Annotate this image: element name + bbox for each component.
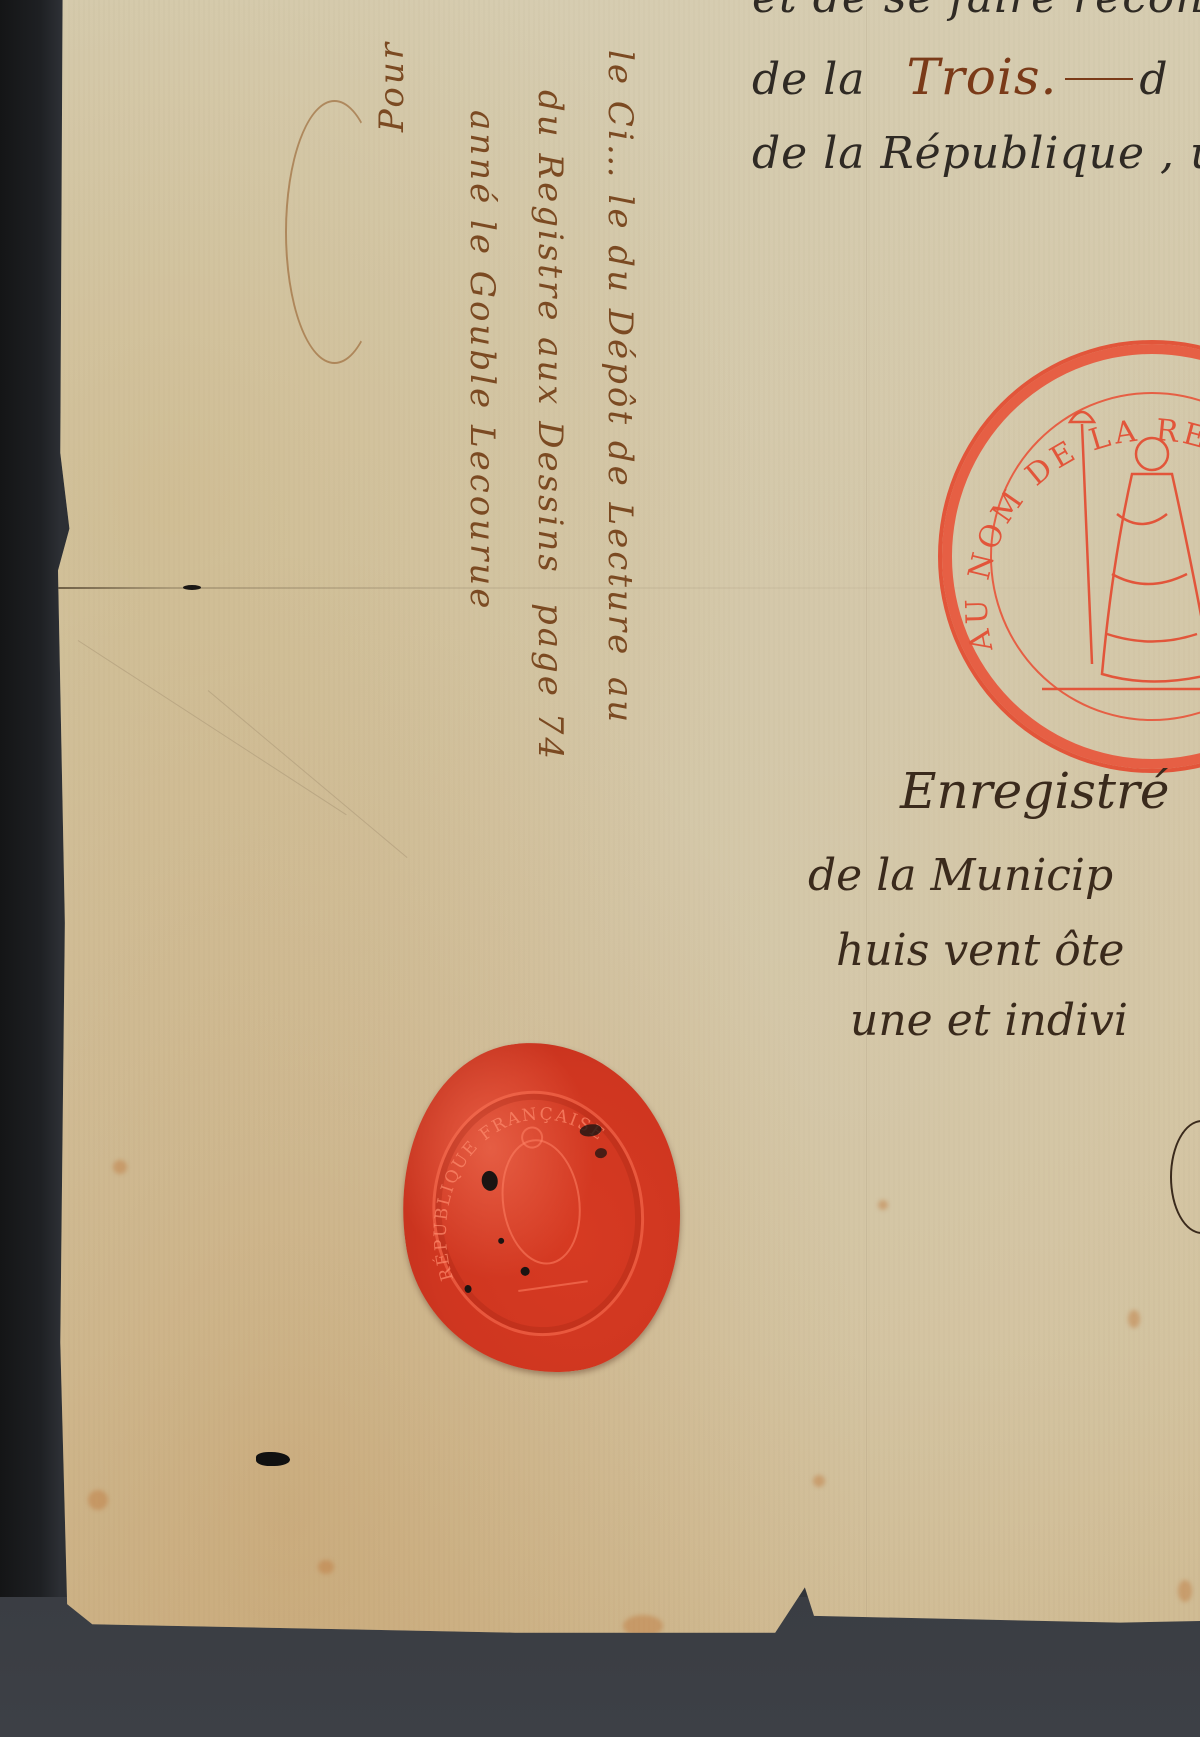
margin-note-text: du Registre aux Dessins bbox=[530, 90, 570, 575]
foxing-stain bbox=[318, 1560, 334, 1574]
stamp-legend-text: AU NOM DE LA REPUBLIQUE bbox=[960, 413, 1200, 656]
vertical-fold bbox=[866, 0, 867, 1678]
printed-text-line-1: et de se faire recon bbox=[752, 0, 1200, 23]
wax-seal-legend: RÉPUBLIQUE FRANÇAISE bbox=[380, 1024, 702, 1391]
foxing-stain bbox=[1128, 1310, 1140, 1328]
printed-suffix: d bbox=[1139, 54, 1168, 105]
red-wax-seal: RÉPUBLIQUE FRANÇAISE bbox=[380, 1024, 702, 1391]
registration-line-1: Enregistré bbox=[900, 762, 1169, 820]
foxing-stain bbox=[878, 1200, 888, 1210]
foxing-stain bbox=[1178, 1580, 1192, 1602]
registration-line-3: huis vent ôte bbox=[836, 925, 1124, 976]
signature-flourish bbox=[285, 100, 384, 364]
registration-line-4: une et indivi bbox=[850, 995, 1128, 1046]
registration-line-2: de la Municip bbox=[808, 850, 1113, 901]
margin-note-text: Lecourue bbox=[462, 425, 502, 611]
foxing-stain bbox=[113, 1160, 127, 1174]
paper-crease bbox=[78, 640, 347, 815]
paper-hole bbox=[256, 1452, 290, 1466]
wax-seal-legend-text: RÉPUBLIQUE FRANÇAISE bbox=[413, 1095, 627, 1284]
margin-note-text: au bbox=[600, 677, 640, 725]
margin-note-column-2: anné le GoubleLecourue bbox=[462, 110, 502, 611]
fold-pinhole bbox=[183, 585, 201, 590]
foxing-stain bbox=[88, 1490, 108, 1510]
handwritten-ordinal: Trois. bbox=[907, 48, 1058, 106]
printed-text-line-2: de la Trois.d bbox=[752, 48, 1169, 106]
handwritten-underline bbox=[1065, 78, 1133, 80]
margin-signature: Pour bbox=[372, 40, 412, 132]
margin-note-text: anné le Gouble bbox=[462, 110, 502, 411]
eagle-emblem-icon bbox=[493, 1122, 591, 1291]
margin-note-text: page 74 bbox=[530, 603, 570, 762]
republic-ink-stamp: AU NOM DE LA REPUBLIQUE bbox=[938, 340, 1200, 773]
stamp-legend: AU NOM DE LA REPUBLIQUE bbox=[942, 344, 1200, 769]
margin-note-column-3: du Registre aux Dessinspage 74 bbox=[530, 90, 570, 762]
printed-text-line-3: de la République , un bbox=[752, 128, 1200, 179]
margin-note-column-4: le Ci… le du Dépôt de Lectureau bbox=[600, 50, 640, 725]
foxing-stain bbox=[813, 1475, 825, 1487]
margin-note-text: le Ci… le du Dépôt de Lecture bbox=[600, 50, 640, 657]
paper-crease bbox=[208, 690, 408, 858]
printed-prefix: de la bbox=[752, 54, 866, 105]
